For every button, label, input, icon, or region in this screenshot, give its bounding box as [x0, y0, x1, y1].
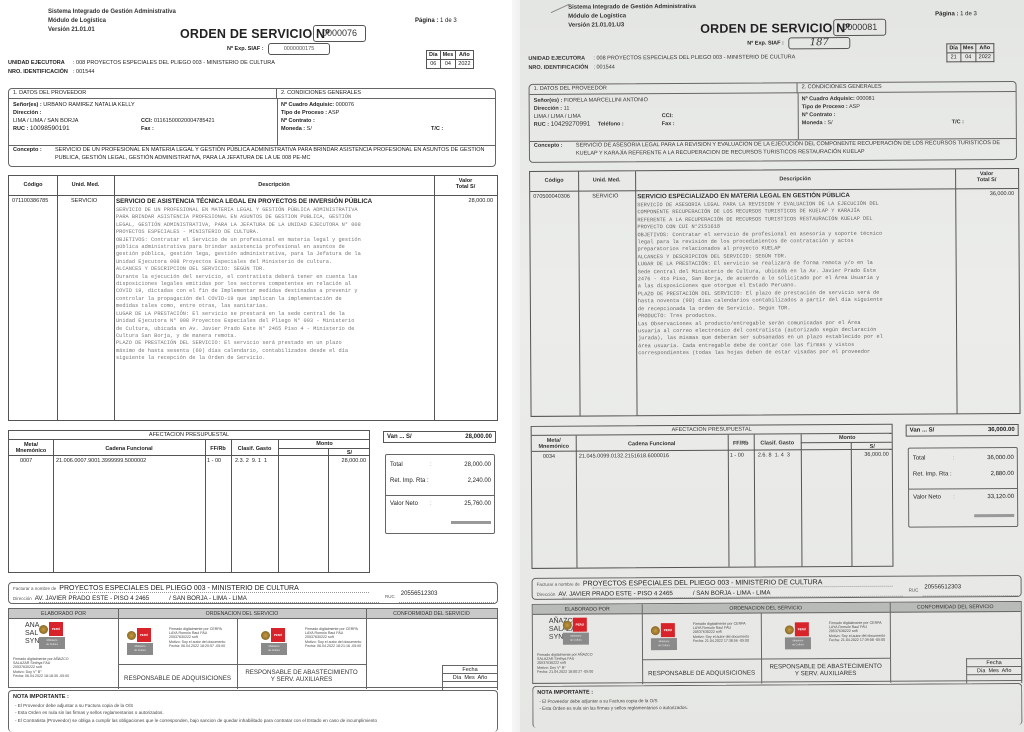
signatures-section: ELABORADO POR ORDENACION DEL SERVICIO CO…	[8, 608, 498, 688]
siaf-number: 187	[788, 37, 850, 49]
provider-section: 1. DATOS DEL PROVEEDOR 2. CONDICIONES GE…	[8, 88, 496, 167]
budget-table: AFECTACION PRESUPUESTAL Meta/ Mnemónico …	[531, 424, 894, 569]
unidad-ejecutora: UNIDAD EJECUTORA: 008 PROYECTOS ESPECIAL…	[528, 53, 795, 73]
retention-row: Ret. Imp. Rta :2,240.00	[390, 478, 491, 488]
shield-icon	[261, 631, 270, 640]
item-unit: SERVICIO	[592, 193, 618, 199]
signature-abastecimiento: Firmado digitalmente por CERPA LAYA Romu…	[305, 627, 361, 648]
system-header: Sistema Integrado de Gestión Administrat…	[568, 3, 696, 31]
ministerio-logo: PERÚMinisterio de Cultura	[39, 621, 65, 649]
budget-chain: 21.045.0099.0132.2151618.6000016	[579, 453, 669, 460]
item-value: 28,000.00	[469, 198, 493, 204]
shield-icon	[651, 626, 660, 635]
page-indicator: Página : 1 de 3	[415, 18, 457, 24]
item-unit: SERVICIO	[71, 198, 97, 204]
budget-chain: 21.006.0007.9001.3999999.5000002	[56, 458, 146, 464]
item-description-title: SERVICIO DE ASISTENCIA TÉCNICA LEGAL EN …	[116, 198, 372, 205]
page-indicator: Página : 1 de 3	[935, 11, 977, 17]
siaf-label: Nº Exp. SIAF :	[747, 40, 784, 46]
ministerio-logo: PERÚMinisterio de Cultura	[651, 622, 677, 650]
date-box: DíaMesAño 06042022	[426, 50, 474, 69]
billing-info: Facturar a nombre dePROYECTOS ESPECIALES…	[532, 575, 1022, 600]
totals-box: Total:36,000.00 Ret. Imp. Rta :2,880.00 …	[908, 447, 1018, 528]
net-value-row: Valor Neto:33,120.00	[913, 494, 1014, 505]
item-value: 36,000.00	[990, 191, 1015, 197]
siaf-number: 0000000175	[268, 43, 330, 55]
provider-ruc: 10098590191	[30, 125, 70, 132]
ministerio-logo: PERÚMinisterio de Cultura	[127, 627, 153, 655]
order-number: 0000081	[833, 19, 886, 36]
budget-meta: 0034	[543, 454, 555, 460]
provider-name: URBANO RAMIREZ NATALIA KELLY	[43, 102, 134, 108]
concepto: Concepto :SERVICIO DE UN PROFESIONAL EN …	[13, 147, 491, 162]
billing-ruc: 20556512303	[401, 591, 438, 597]
signature-adquisiciones: Firmado digitalmente por CERPA LAYA Romu…	[693, 622, 749, 643]
important-note: NOTA IMPORTANTE : - El Proveedor debe ad…	[8, 690, 498, 732]
siaf-label: Nº Exp. SIAF :	[227, 46, 264, 52]
budget-amount: 28,000.00	[342, 458, 366, 464]
item-description: SERVICIO DE ASESORIA LEGAL PARA LA REVIS…	[637, 200, 958, 357]
fecha-box: Fecha Día Mes Año	[442, 665, 498, 690]
budget-amount: 36,000.00	[864, 452, 889, 458]
item-description: SERVICIO DE UN PROFESIONAL EN MATERIA LE…	[116, 207, 436, 363]
date-box: DíaMesAño 21042022	[946, 43, 994, 62]
order-title: ORDEN DE SERVICIO Nº	[180, 27, 330, 41]
version: Versión 21.01.01.U3	[568, 21, 696, 31]
shield-icon	[785, 625, 794, 634]
ministerio-logo: PERÚMinisterio de Cultura	[563, 617, 589, 645]
conditions-heading: 2. CONDICIONES GENERALES	[277, 89, 495, 99]
total-row: Total:28,000.00	[390, 462, 491, 472]
conditions-heading: 2. CONDICIONES GENERALES	[798, 82, 1016, 93]
item-description-title: SERVICIO ESPECIALIZADO EN MATERIA LEGAL …	[637, 192, 850, 200]
provider-section: 1. DATOS DEL PROVEEDOR 2. CONDICIONES GE…	[529, 81, 1017, 163]
provider-name: FIORELA MARCELLINI ANTONIO	[564, 97, 648, 104]
item-code: 071100386785	[12, 198, 48, 204]
provider-heading: 1. DATOS DEL PROVEEDOR	[530, 83, 798, 95]
ministerio-logo: PERÚMinisterio de Cultura	[785, 621, 811, 649]
net-value-row: Valor Neto:25,760.00	[390, 501, 491, 511]
version: Versión 21.01.01	[48, 26, 176, 35]
van-total: Van ... S/36,000.00	[906, 424, 1019, 437]
signatures-section: ELABORADO POR ORDENACION DEL SERVICIO CO…	[532, 601, 1022, 684]
fecha-box: Fecha Día Mes Año	[966, 658, 1022, 683]
ministerio-logo: PERÚMinisterio de Cultura	[261, 627, 287, 655]
shield-icon	[563, 621, 572, 630]
signature-elaborado: Firmado digitalmente por AÑAZCO SALAZAR …	[537, 653, 593, 674]
module-name: Módulo de Logística	[48, 17, 176, 26]
budget-table: AFECTACION PRESUPUESTAL Meta/ Mnemónico …	[8, 430, 370, 573]
provider-ruc: 10429270991	[551, 121, 591, 128]
billing-info: Facturar a nombre dePROYECTOS ESPECIALES…	[8, 582, 498, 604]
signature-elaborado: Firmado digitalmente por AÑAZCO SALAZAR …	[13, 657, 69, 678]
budget-meta: 0007	[20, 458, 32, 464]
shield-icon	[127, 631, 136, 640]
billing-ruc: 20556512303	[924, 584, 961, 590]
order-number: 0000076	[313, 25, 366, 42]
van-total: Van ... S/28,000.00	[383, 431, 496, 443]
system-header: Sistema Integrado de Gestión Administrat…	[48, 8, 176, 35]
signature-abastecimiento: Firmado digitalmente por CERPA LAYA Romu…	[829, 621, 885, 642]
cci-value: 01161500020004785421	[154, 118, 215, 124]
items-table: Código Unid. Med. Descripción Valor Tota…	[8, 175, 498, 421]
signature-adquisiciones: Firmado digitalmente por CERPA LAYA Romu…	[169, 627, 225, 648]
retention-row: Ret. Imp. Rta :2,880.00	[913, 471, 1014, 482]
system-name: Sistema Integrado de Gestión Administrat…	[48, 8, 176, 17]
service-order-left: Sistema Integrado de Gestión Administrat…	[0, 0, 512, 732]
totals-box: Total:28,000.00 Ret. Imp. Rta :2,240.00 …	[385, 454, 495, 534]
item-code: 070500040306	[533, 194, 570, 200]
items-table: Código Unid. Med. Descripción Valor Tota…	[529, 168, 1020, 417]
service-order-right: Sistema Integrado de Gestión Administrat…	[512, 0, 1024, 732]
billing-name: PROYECTOS ESPECIALES DEL PLIEGO 003 - MI…	[59, 585, 299, 592]
concepto: Concepto :SERVICIO DE ASESORIA LEGAL PAR…	[534, 140, 1012, 158]
system-name: Sistema Integrado de Gestión Administrat…	[568, 3, 696, 13]
order-title: ORDEN DE SERVICIO Nº	[700, 21, 850, 36]
provider-heading: 1. DATOS DEL PROVEEDOR	[9, 89, 277, 99]
total-row: Total:36,000.00	[913, 455, 1014, 466]
unidad-ejecutora: UNIDAD EJECUTORA: 008 PROYECTOS ESPECIAL…	[8, 59, 275, 77]
important-note: NOTA IMPORTANTE : - El Proveedor debe ad…	[532, 683, 1022, 728]
shield-icon	[39, 625, 48, 634]
